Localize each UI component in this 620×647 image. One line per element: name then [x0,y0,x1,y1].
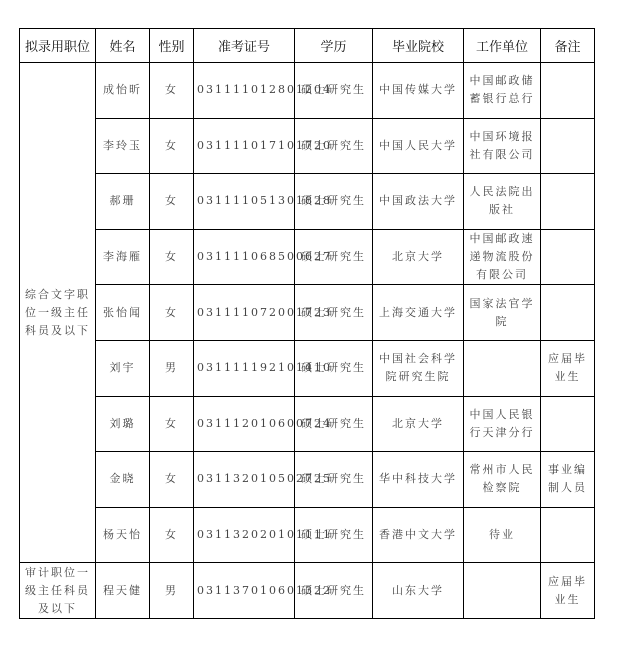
table-row: 张怡闻 女 031111072001723 硕士研究生 上海交通大学 国家法官学… [20,285,595,341]
degree-cell: 硕士研究生 [295,396,373,452]
gender-cell: 女 [150,507,194,563]
gender-cell: 女 [150,63,194,119]
school-cell: 山东大学 [373,563,464,619]
ticket-cell: 031132010502725 [194,452,295,508]
name-cell: 刘璐 [96,396,150,452]
ticket-cell: 031111072001723 [194,285,295,341]
name-cell: 张怡闻 [96,285,150,341]
table-row: 刘璐 女 031112010600724 硕士研究生 北京大学 中国人民银行天津… [20,396,595,452]
position-cell: 综合文字职位一级主任科员及以下 [20,63,96,563]
gender-cell: 男 [150,340,194,396]
ticket-cell: 031111192101410 [194,340,295,396]
employer-cell: 国家法官学院 [464,285,541,341]
degree-cell: 硕士研究生 [295,229,373,285]
employer-cell: 常州市人民检察院 [464,452,541,508]
table-row: 综合文字职位一级主任科员及以下 成怡昕 女 031111012801204 硕士… [20,63,595,119]
ticket-cell: 031111051301828 [194,174,295,230]
name-cell: 刘宇 [96,340,150,396]
ticket-cell: 031132020101111 [194,507,295,563]
gender-cell: 女 [150,452,194,508]
name-cell: 李玲玉 [96,118,150,174]
employer-cell: 中国邮政速递物流股份有限公司 [464,229,541,285]
employer-cell [464,563,541,619]
degree-cell: 硕士研究生 [295,563,373,619]
employer-cell: 中国环境报社有限公司 [464,118,541,174]
table-row: 李玲玉 女 031111017101720 硕士研究生 中国人民大学 中国环境报… [20,118,595,174]
note-cell: 应届毕业生 [541,340,595,396]
school-cell: 上海交通大学 [373,285,464,341]
ticket-cell: 031111068500627 [194,229,295,285]
header-name: 姓名 [96,29,150,63]
ticket-cell: 031111012801204 [194,63,295,119]
employer-cell: 中国邮政储蓄银行总行 [464,63,541,119]
table-row: 郝珊 女 031111051301828 硕士研究生 中国政法大学 人民法院出版… [20,174,595,230]
school-cell: 中国政法大学 [373,174,464,230]
school-cell: 北京大学 [373,396,464,452]
degree-cell: 硕士研究生 [295,507,373,563]
header-note: 备注 [541,29,595,63]
name-cell: 李海雁 [96,229,150,285]
header-position: 拟录用职位 [20,29,96,63]
table-row: 李海雁 女 031111068500627 硕士研究生 北京大学 中国邮政速递物… [20,229,595,285]
name-cell: 程天健 [96,563,150,619]
degree-cell: 硕士研究生 [295,174,373,230]
name-cell: 成怡昕 [96,63,150,119]
employer-cell: 人民法院出版社 [464,174,541,230]
gender-cell: 女 [150,118,194,174]
degree-cell: 硕士研究生 [295,285,373,341]
table-row: 金晓 女 031132010502725 硕士研究生 华中科技大学 常州市人民检… [20,452,595,508]
ticket-cell: 031137010601322 [194,563,295,619]
degree-cell: 硕士研究生 [295,340,373,396]
name-cell: 杨天怡 [96,507,150,563]
gender-cell: 女 [150,285,194,341]
note-cell [541,285,595,341]
note-cell [541,174,595,230]
name-cell: 郝珊 [96,174,150,230]
gender-cell: 女 [150,174,194,230]
table-row: 刘宇 男 031111192101410 硕士研究生 中国社会科学院研究生院 应… [20,340,595,396]
gender-cell: 男 [150,563,194,619]
employer-cell: 中国人民银行天津分行 [464,396,541,452]
employer-cell [464,340,541,396]
table-row: 杨天怡 女 031132020101111 硕士研究生 香港中文大学 待业 [20,507,595,563]
note-cell [541,396,595,452]
header-gender: 性别 [150,29,194,63]
hiring-roster-table: 拟录用职位 姓名 性别 准考证号 学历 毕业院校 工作单位 备注 综合文字职位一… [19,28,595,619]
school-cell: 中国人民大学 [373,118,464,174]
header-degree: 学历 [295,29,373,63]
school-cell: 中国社会科学院研究生院 [373,340,464,396]
header-school: 毕业院校 [373,29,464,63]
note-cell [541,229,595,285]
degree-cell: 硕士研究生 [295,118,373,174]
note-cell: 应届毕业生 [541,563,595,619]
ticket-cell: 031111017101720 [194,118,295,174]
gender-cell: 女 [150,396,194,452]
note-cell [541,63,595,119]
school-cell: 北京大学 [373,229,464,285]
header-ticket: 准考证号 [194,29,295,63]
school-cell: 香港中文大学 [373,507,464,563]
table-row: 审计职位一级主任科员及以下 程天健 男 031137010601322 硕士研究… [20,563,595,619]
degree-cell: 硕士研究生 [295,452,373,508]
note-cell [541,507,595,563]
header-row: 拟录用职位 姓名 性别 准考证号 学历 毕业院校 工作单位 备注 [20,29,595,63]
employer-cell: 待业 [464,507,541,563]
gender-cell: 女 [150,229,194,285]
ticket-cell: 031112010600724 [194,396,295,452]
school-cell: 中国传媒大学 [373,63,464,119]
degree-cell: 硕士研究生 [295,63,373,119]
note-cell [541,118,595,174]
name-cell: 金晓 [96,452,150,508]
school-cell: 华中科技大学 [373,452,464,508]
note-cell: 事业编制人员 [541,452,595,508]
position-cell: 审计职位一级主任科员及以下 [20,563,96,619]
header-employer: 工作单位 [464,29,541,63]
